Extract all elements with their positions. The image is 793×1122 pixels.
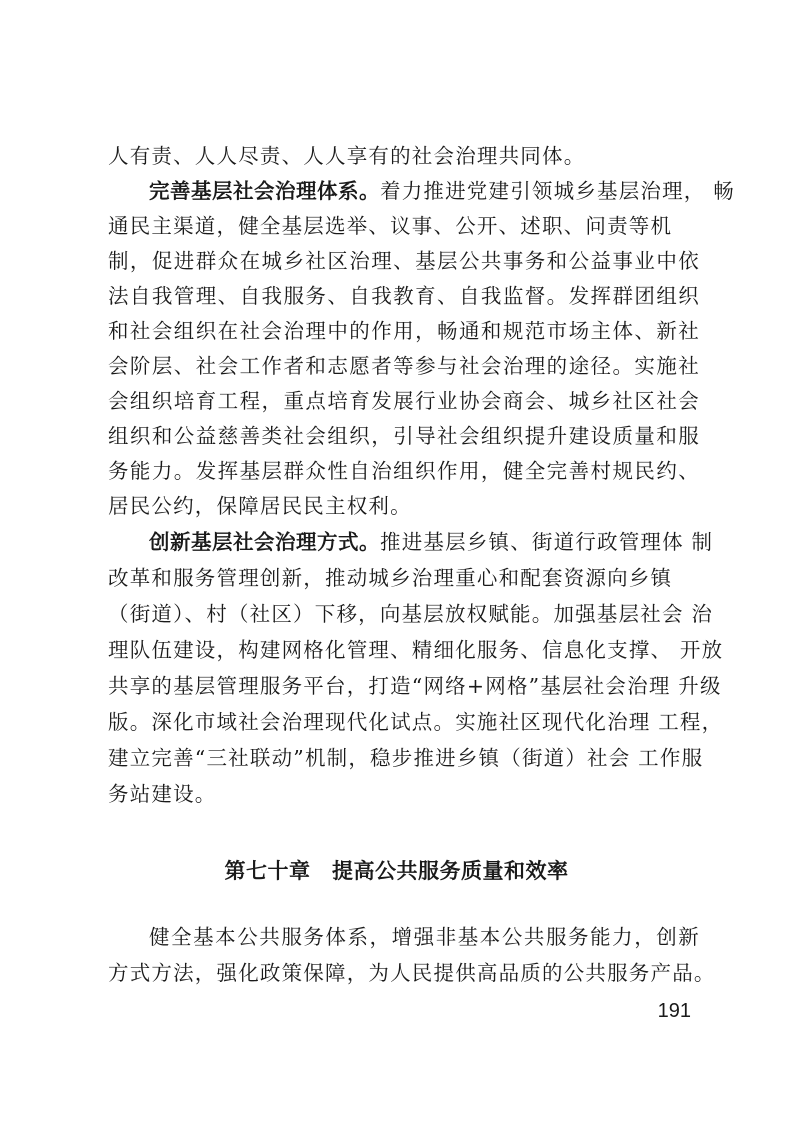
intro-line: 方式方法，强化政策保障，为人民提供高品质的公共服务产品。: [108, 960, 700, 986]
paragraph-line: 制，促进群众在城乡社区治理、基层公共事务和公益事业中依: [108, 248, 700, 274]
paragraph-line: 改革和服务管理创新，推动城乡治理重心和配套资源向乡镇: [108, 565, 700, 591]
paragraph-line: 理队伍建设，构建网格化管理、精细化服务、信息化支撑、 开放: [108, 637, 700, 663]
paragraph-line: 居民公约，保障居民民主权利。: [108, 493, 700, 519]
paragraph-line: 务站建设。: [108, 781, 700, 807]
section-title: 完善基层社会治理体系。: [149, 179, 380, 203]
paragraph-line: （街道）、村（社区）下移，向基层放权赋能。加强基层社会 治: [108, 601, 700, 627]
paragraph-line: 组织和公益慈善类社会组织，引导社会组织提升建设质量和服: [108, 423, 700, 449]
paragraph-line: 会组织培育工程，重点培育发展行业协会商会、城乡社区社会: [108, 388, 700, 414]
paragraph-line: 会阶层、社会工作者和志愿者等参与社会治理的途径。实施社: [108, 353, 700, 379]
document-page: 人有责、人人尽责、人人享有的社会治理共同体。 完善基层社会治理体系。着力推进党建…: [0, 0, 793, 1122]
paragraph-line: 法自我管理、自我服务、自我教育、自我监督。发挥群团组织: [108, 283, 700, 309]
paragraph-line: 务能力。发挥基层群众性自治组织作用，健全完善村规民约、: [108, 458, 700, 484]
paragraph-line: 版。深化市域社会治理现代化试点。实施社区现代化治理 工程，: [108, 709, 700, 735]
chapter-heading: 第七十章 提高公共服务质量和效率: [0, 855, 793, 885]
paragraph-line: 和社会组织在社会治理中的作用，畅通和规范市场主体、新社: [108, 318, 700, 344]
paragraph-line: 建立完善“三社联动”机制，稳步推进乡镇（街道）社会 工作服: [108, 745, 700, 771]
intro-line: 健全基本公共服务体系，增强非基本公共服务能力，创新: [149, 924, 700, 950]
paragraph-line: 通民主渠道，健全基层选举、议事、公开、述职、问责等机: [108, 213, 700, 239]
page-number: 191: [658, 1000, 691, 1023]
paragraph-line: 人有责、人人尽责、人人享有的社会治理共同体。: [108, 143, 700, 169]
section-title: 创新基层社会治理方式。: [149, 530, 380, 554]
paragraph-line: 共享的基层管理服务平台，打造“网络+网格”基层社会治理 升级: [108, 673, 700, 699]
section-lead-line: 完善基层社会治理体系。着力推进党建引领城乡基层治理， 畅: [149, 178, 700, 204]
section-lead-line: 创新基层社会治理方式。推进基层乡镇、街道行政管理体 制: [149, 529, 700, 555]
